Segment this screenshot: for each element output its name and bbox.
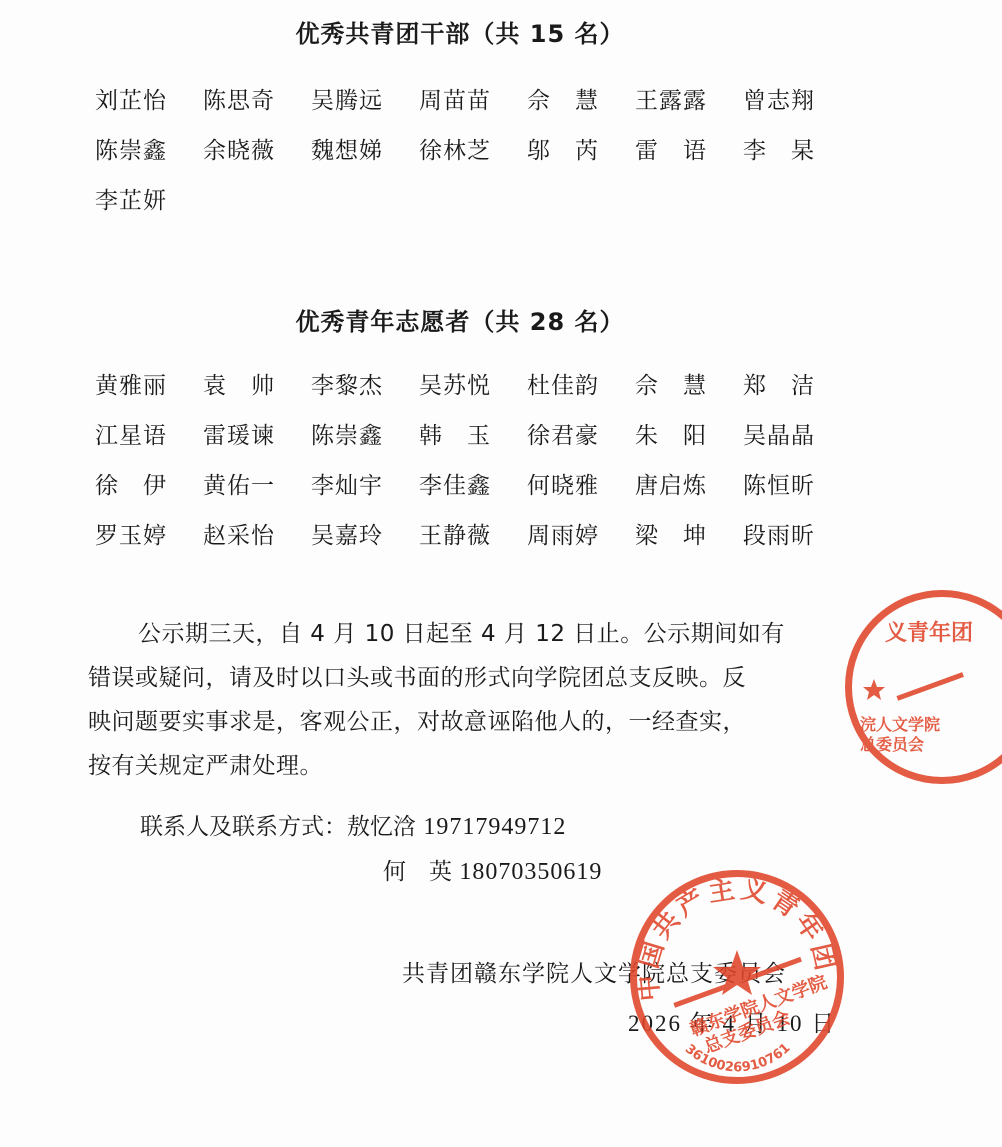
name: 吴苏悦 (419, 367, 527, 400)
notice-line: 按有关规定严肃处理。 (88, 744, 840, 788)
name: 余晓薇 (203, 132, 311, 165)
name: 黄雅丽 (95, 367, 203, 400)
name: 韩 玉 (419, 417, 527, 450)
name: 杜佳韵 (527, 367, 635, 400)
name: 吴腾远 (311, 82, 419, 115)
name-row: 黄雅丽 袁 帅 李黎杰 吴苏悦 杜佳韵 佘 慧 郑 洁 (95, 358, 855, 408)
contact-phone: 18070350619 (459, 859, 602, 885)
name: 陈崇鑫 (311, 417, 419, 450)
official-stamp-partial: 义青年团 浣人文学院 总委员会 (845, 590, 1002, 784)
name: 李 杲 (743, 132, 851, 165)
name: 何晓雅 (527, 467, 635, 500)
section-title-cadres: 优秀共青团干部（共 15 名） (0, 14, 920, 49)
notice-paragraph: 公示期三天，自 4 月 10 日起至 4 月 12 日止。公示期间如有 错误或疑… (88, 612, 840, 788)
document-page: 优秀共青团干部（共 15 名） 刘芷怡 陈思奇 吴腾远 周苗苗 佘 慧 王露露 … (0, 0, 1002, 1147)
svg-text:总委员会: 总委员会 (860, 735, 924, 754)
name: 佘 慧 (635, 367, 743, 400)
name-row: 徐 伊 黄佑一 李灿宇 李佳鑫 何晓雅 唐启炼 陈恒昕 (95, 458, 855, 508)
contact-line-1: 联系人及联系方式：敖忆浛 19717949712 (140, 808, 566, 841)
notice-line: 错误或疑问，请及时以口头或书面的形式向学院团总支反映。反 (88, 656, 840, 700)
notice-line: 公示期三天，自 4 月 10 日起至 4 月 12 日止。公示期间如有 (88, 612, 840, 656)
name: 李黎杰 (311, 367, 419, 400)
name-row: 李芷妍 (95, 173, 855, 223)
svg-text:浣人文学院: 浣人文学院 (860, 715, 940, 734)
contact-name: 敖忆浛 (347, 814, 416, 840)
notice-line: 映问题要实事求是，客观公正，对故意诬陷他人的，一经查实， (88, 700, 840, 744)
name-row: 刘芷怡 陈思奇 吴腾远 周苗苗 佘 慧 王露露 曾志翔 (95, 73, 855, 123)
name: 徐君豪 (527, 417, 635, 450)
cadres-name-grid: 刘芷怡 陈思奇 吴腾远 周苗苗 佘 慧 王露露 曾志翔 陈崇鑫 余晓薇 魏想娣 … (95, 73, 855, 223)
name: 李芷妍 (95, 182, 203, 215)
name-row: 江星语 雷瑗谏 陈崇鑫 韩 玉 徐君豪 朱 阳 吴晶晶 (95, 408, 855, 458)
name: 王静薇 (419, 517, 527, 550)
name: 李灿宇 (311, 467, 419, 500)
contact-line-2: 何 英 18070350619 (383, 853, 602, 886)
name-row: 罗玉婷 赵采怡 吴嘉玲 王静薇 周雨婷 梁 坤 段雨昕 (95, 508, 855, 558)
name: 徐 伊 (95, 467, 203, 500)
name: 梁 坤 (635, 517, 743, 550)
name: 段雨昕 (743, 517, 851, 550)
section-title-volunteers: 优秀青年志愿者（共 28 名） (0, 302, 920, 337)
svg-text:3610026910761: 3610026910761 (682, 1041, 793, 1076)
name: 周雨婷 (527, 517, 635, 550)
name: 吴嘉玲 (311, 517, 419, 550)
signature-org: 共青团赣东学院人文学院总支委员会 (402, 955, 786, 988)
name: 郑 洁 (743, 367, 851, 400)
name: 雷瑗谏 (203, 417, 311, 450)
name: 唐启炼 (635, 467, 743, 500)
name: 陈崇鑫 (95, 132, 203, 165)
name: 朱 阳 (635, 417, 743, 450)
name: 王露露 (635, 82, 743, 115)
name: 赵采怡 (203, 517, 311, 550)
volunteers-name-grid: 黄雅丽 袁 帅 李黎杰 吴苏悦 杜佳韵 佘 慧 郑 洁 江星语 雷瑗谏 陈崇鑫 … (95, 358, 855, 558)
name: 周苗苗 (419, 82, 527, 115)
name: 佘 慧 (527, 82, 635, 115)
svg-text:义青年团: 义青年团 (885, 620, 973, 646)
name: 邬 芮 (527, 132, 635, 165)
name: 魏想娣 (311, 132, 419, 165)
contact-label: 联系人及联系方式： (140, 814, 347, 840)
name: 刘芷怡 (95, 82, 203, 115)
stamp-star-icon: 义青年团 浣人文学院 总委员会 (845, 590, 1002, 784)
name: 罗玉婷 (95, 517, 203, 550)
signature-date: 2026 年 4 月 10 日 (628, 1005, 836, 1038)
name: 江星语 (95, 417, 203, 450)
name: 陈恒昕 (743, 467, 851, 500)
name: 黄佑一 (203, 467, 311, 500)
name: 袁 帅 (203, 367, 311, 400)
name: 曾志翔 (743, 82, 851, 115)
name: 李佳鑫 (419, 467, 527, 500)
contact-phone: 19717949712 (423, 814, 566, 840)
name: 徐林芝 (419, 132, 527, 165)
contact-name: 何 英 (383, 859, 452, 885)
name: 吴晶晶 (743, 417, 851, 450)
name-row: 陈崇鑫 余晓薇 魏想娣 徐林芝 邬 芮 雷 语 李 杲 (95, 123, 855, 173)
name: 雷 语 (635, 132, 743, 165)
name: 陈思奇 (203, 82, 311, 115)
